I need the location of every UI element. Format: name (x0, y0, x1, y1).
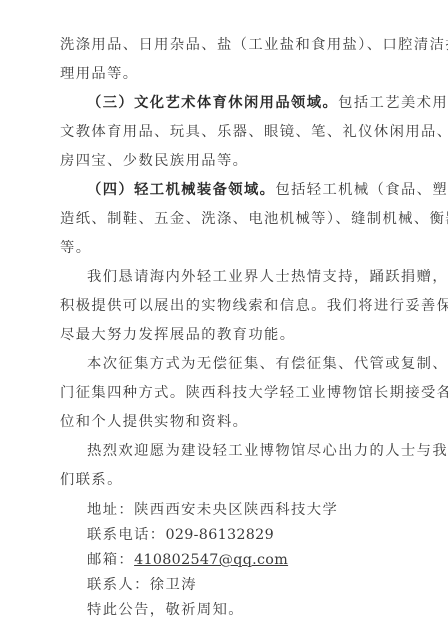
contact-person: 联系人：徐卫涛 (87, 575, 407, 595)
section-heading-line: （四）轻工机械装备领域。包括轻工机械（食品、塑料、 (87, 180, 407, 200)
phone-label: 联系电话： (87, 527, 165, 543)
address-value: 陕西西安未央区陕西科技大学 (134, 502, 338, 518)
paragraph-text: 包括轻工机械（食品、塑料、 (275, 182, 448, 198)
contact-email: 邮箱：410802547@qq.com (87, 550, 407, 570)
paragraph-line: 积极提供可以展出的实物线索和信息。我们将进行妥善保管， (60, 296, 380, 316)
section-heading-machinery: （四）轻工机械装备领域。 (87, 182, 275, 198)
contact-address: 地址：陕西西安未央区陕西科技大学 (87, 500, 407, 520)
paragraph-line: 尽最大努力发挥展品的教育功能。 (60, 325, 380, 345)
paragraph-line: 房四宝、少数民族用品等。 (60, 151, 380, 171)
paragraph-line: 理用品等。 (60, 64, 380, 84)
person-label: 联系人： (87, 577, 150, 593)
paragraph-line: 位和个人提供实物和资料。 (60, 412, 380, 432)
paragraph-line: 本次征集方式为无偿征集、有偿征集、代管或复制、上 (87, 354, 407, 374)
address-label: 地址： (87, 502, 134, 518)
section-heading-culture: （三）文化艺术体育休闲用品领域。 (87, 95, 338, 111)
document-page: 洗涤用品、日用杂品、盐（工业盐和食用盐）、口腔清洁护 理用品等。 （三）文化艺术… (0, 0, 448, 631)
paragraph-line: 门征集四种方式。陕西科技大学轻工业博物馆长期接受各单 (60, 383, 380, 403)
paragraph-line: 们联系。 (60, 470, 380, 490)
paragraph-text: 包括工艺美术用品、 (338, 95, 448, 111)
paragraph-line: 等。 (60, 238, 380, 258)
paragraph-line: 热烈欢迎愿为建设轻工业博物馆尽心出力的人士与我 (87, 441, 407, 461)
paragraph-line: 文教体育用品、玩具、乐器、眼镜、笔、礼仪休闲用品、文 (60, 122, 380, 142)
paragraph-line: 造纸、制鞋、五金、洗涤、电池机械等）、缝制机械、衡器 (60, 209, 380, 229)
email-link[interactable]: 410802547@qq.com (134, 552, 288, 568)
phone-value: 029-86132829 (165, 527, 274, 543)
closing-line: 特此公告，敬祈周知。 (87, 600, 407, 620)
person-value: 徐卫涛 (150, 577, 197, 593)
contact-phone: 联系电话：029-86132829 (87, 525, 407, 545)
section-heading-line: （三）文化艺术体育休闲用品领域。包括工艺美术用品、 (87, 93, 407, 113)
paragraph-line: 我们恳请海内外轻工业界人士热情支持，踊跃捐赠，或 (87, 267, 407, 287)
paragraph-line: 洗涤用品、日用杂品、盐（工业盐和食用盐）、口腔清洁护 (60, 35, 380, 55)
email-label: 邮箱： (87, 552, 134, 568)
